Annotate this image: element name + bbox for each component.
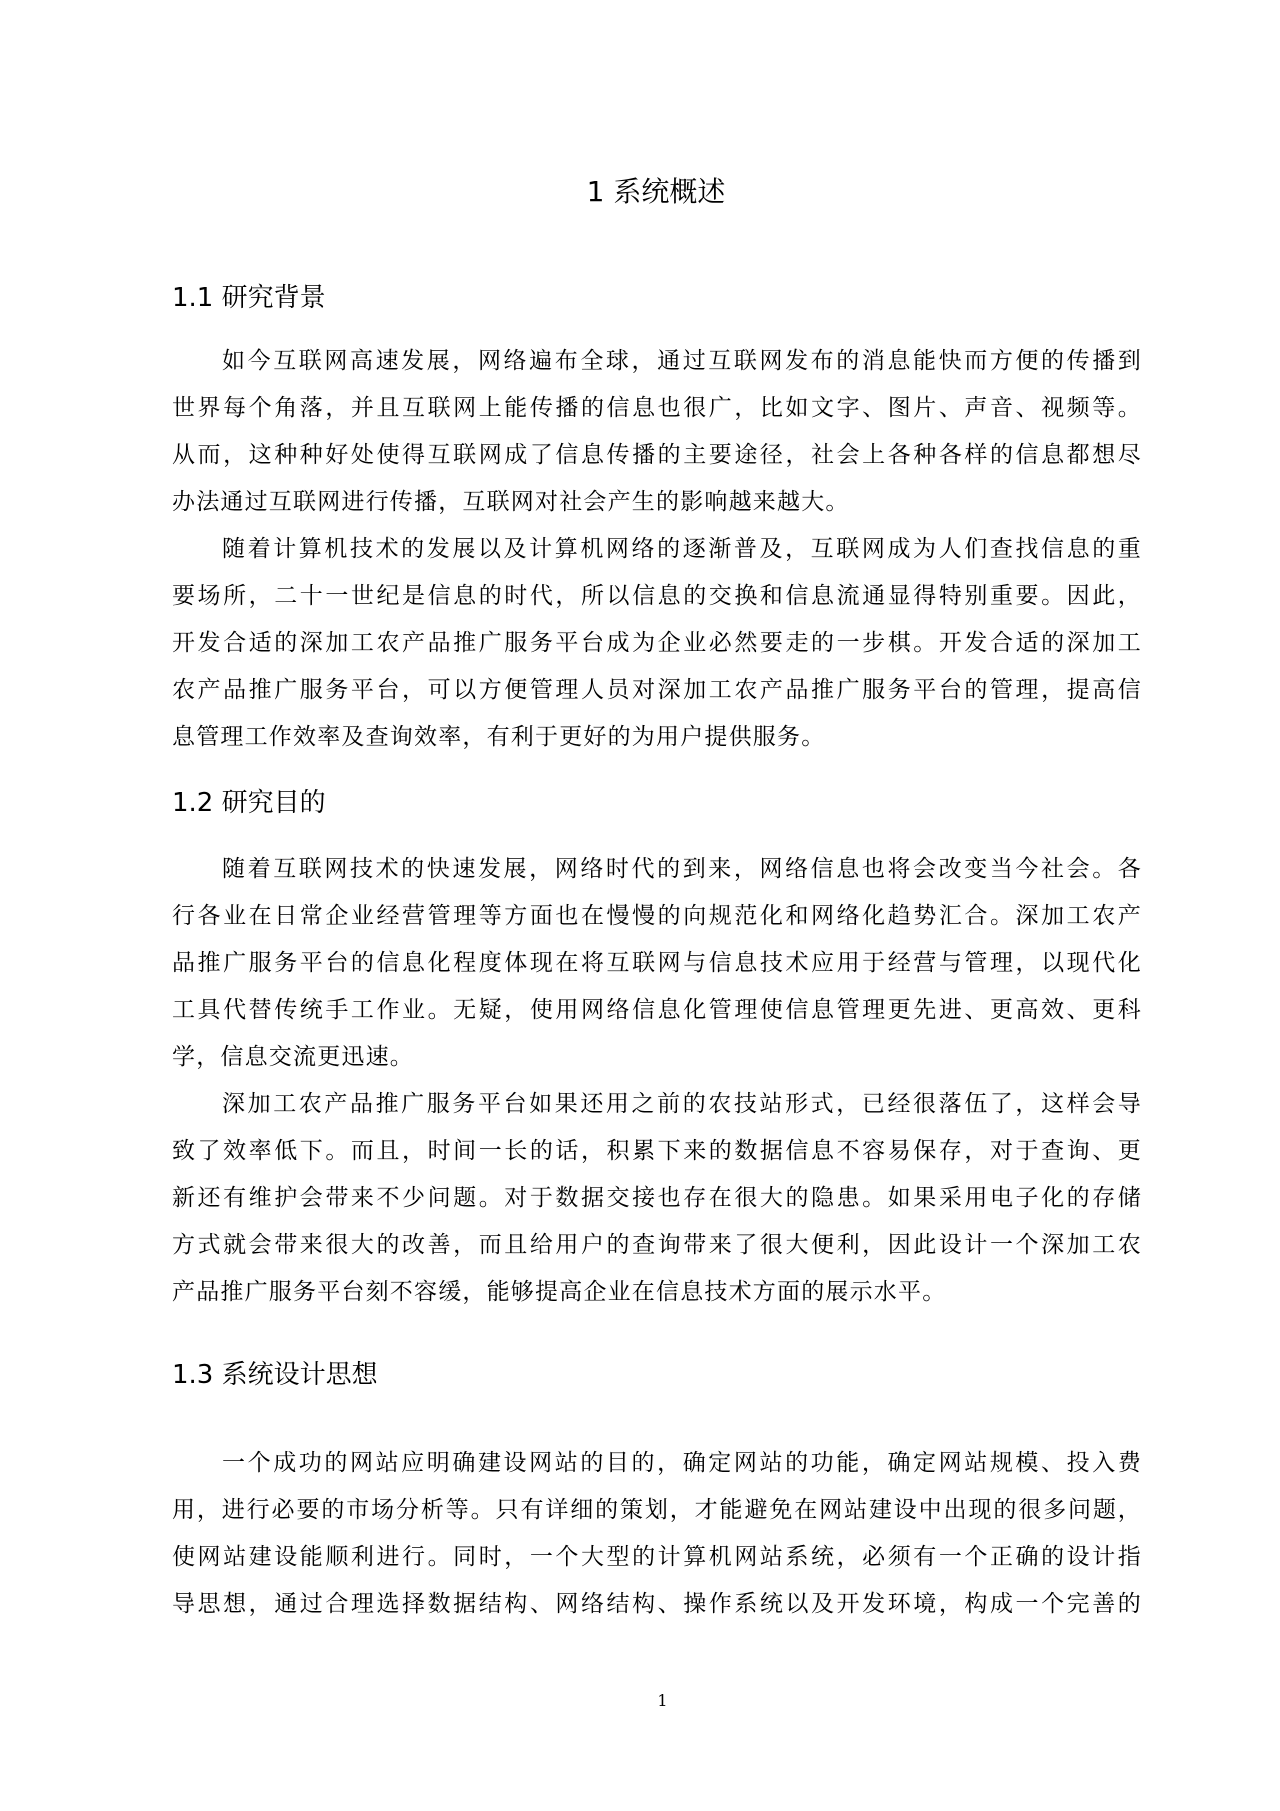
chapter-title: 1 系统概述 bbox=[0, 172, 1280, 212]
text-line: 世界每个角落，并且互联网上能传播的信息也很广，比如文字、图片、声音、视频等。 bbox=[172, 385, 1142, 432]
text-line: 一个成功的网站应明确建设网站的目的，确定网站的功能，确定网站规模、投入费 bbox=[172, 1440, 1142, 1487]
text-line: 随着互联网技术的快速发展，网络时代的到来，网络信息也将会改变当今社会。各 bbox=[172, 846, 1142, 893]
text-line: 息管理工作效率及查询效率，有利于更好的为用户提供服务。 bbox=[172, 714, 1142, 761]
text-line: 办法通过互联网进行传播，互联网对社会产生的影响越来越大。 bbox=[172, 479, 1142, 526]
section-title-1-3: 1.3 系统设计思想 bbox=[172, 1357, 378, 1393]
section-title-1-2: 1.2 研究目的 bbox=[172, 785, 326, 821]
section-title-1-1: 1.1 研究背景 bbox=[172, 280, 326, 316]
text-line: 使网站建设能顺利进行。同时，一个大型的计算机网站系统，必须有一个正确的设计指 bbox=[172, 1534, 1142, 1581]
text-line: 行各业在日常企业经营管理等方面也在慢慢的向规范化和网络化趋势汇合。深加工农产 bbox=[172, 893, 1142, 940]
paragraph-1-1-2: 随着计算机技术的发展以及计算机网络的逐渐普及，互联网成为人们查找信息的重 要场所… bbox=[172, 526, 1142, 761]
text-line: 产品推广服务平台刻不容缓，能够提高企业在信息技术方面的展示水平。 bbox=[172, 1269, 1142, 1316]
text-line: 致了效率低下。而且，时间一长的话，积累下来的数据信息不容易保存，对于查询、更 bbox=[172, 1128, 1142, 1175]
text-line: 深加工农产品推广服务平台如果还用之前的农技站形式，已经很落伍了，这样会导 bbox=[172, 1081, 1142, 1128]
text-line: 导思想，通过合理选择数据结构、网络结构、操作系统以及开发环境，构成一个完善的 bbox=[172, 1581, 1142, 1628]
text-line: 开发合适的深加工农产品推广服务平台成为企业必然要走的一步棋。开发合适的深加工 bbox=[172, 620, 1142, 667]
text-line: 随着计算机技术的发展以及计算机网络的逐渐普及，互联网成为人们查找信息的重 bbox=[172, 526, 1142, 573]
text-line: 农产品推广服务平台，可以方便管理人员对深加工农产品推广服务平台的管理，提高信 bbox=[172, 667, 1142, 714]
paragraph-1-2-1: 随着互联网技术的快速发展，网络时代的到来，网络信息也将会改变当今社会。各 行各业… bbox=[172, 846, 1142, 1081]
text-line: 方式就会带来很大的改善，而且给用户的查询带来了很大便利，因此设计一个深加工农 bbox=[172, 1222, 1142, 1269]
text-line: 从而，这种种好处使得互联网成了信息传播的主要途径，社会上各种各样的信息都想尽 bbox=[172, 432, 1142, 479]
text-line: 用，进行必要的市场分析等。只有详细的策划，才能避免在网站建设中出现的很多问题， bbox=[172, 1487, 1142, 1534]
paragraph-1-3-1: 一个成功的网站应明确建设网站的目的，确定网站的功能，确定网站规模、投入费 用，进… bbox=[172, 1440, 1142, 1628]
text-line: 工具代替传统手工作业。无疑，使用网络信息化管理使信息管理更先进、更高效、更科 bbox=[172, 987, 1142, 1034]
text-line: 如今互联网高速发展，网络遍布全球，通过互联网发布的消息能快而方便的传播到 bbox=[172, 338, 1142, 385]
paragraph-1-2-2: 深加工农产品推广服务平台如果还用之前的农技站形式，已经很落伍了，这样会导 致了效… bbox=[172, 1081, 1142, 1316]
text-line: 新还有维护会带来不少问题。对于数据交接也存在很大的隐患。如果采用电子化的存储 bbox=[172, 1175, 1142, 1222]
text-line: 品推广服务平台的信息化程度体现在将互联网与信息技术应用于经营与管理，以现代化 bbox=[172, 940, 1142, 987]
document-page: 1 系统概述 1.1 研究背景 如今互联网高速发展，网络遍布全球，通过互联网发布… bbox=[0, 0, 1280, 1811]
paragraph-1-1-1: 如今互联网高速发展，网络遍布全球，通过互联网发布的消息能快而方便的传播到 世界每… bbox=[172, 338, 1142, 526]
text-line: 学，信息交流更迅速。 bbox=[172, 1034, 1142, 1081]
text-line: 要场所，二十一世纪是信息的时代，所以信息的交换和信息流通显得特别重要。因此， bbox=[172, 573, 1142, 620]
page-number: 1 bbox=[0, 1690, 1280, 1712]
